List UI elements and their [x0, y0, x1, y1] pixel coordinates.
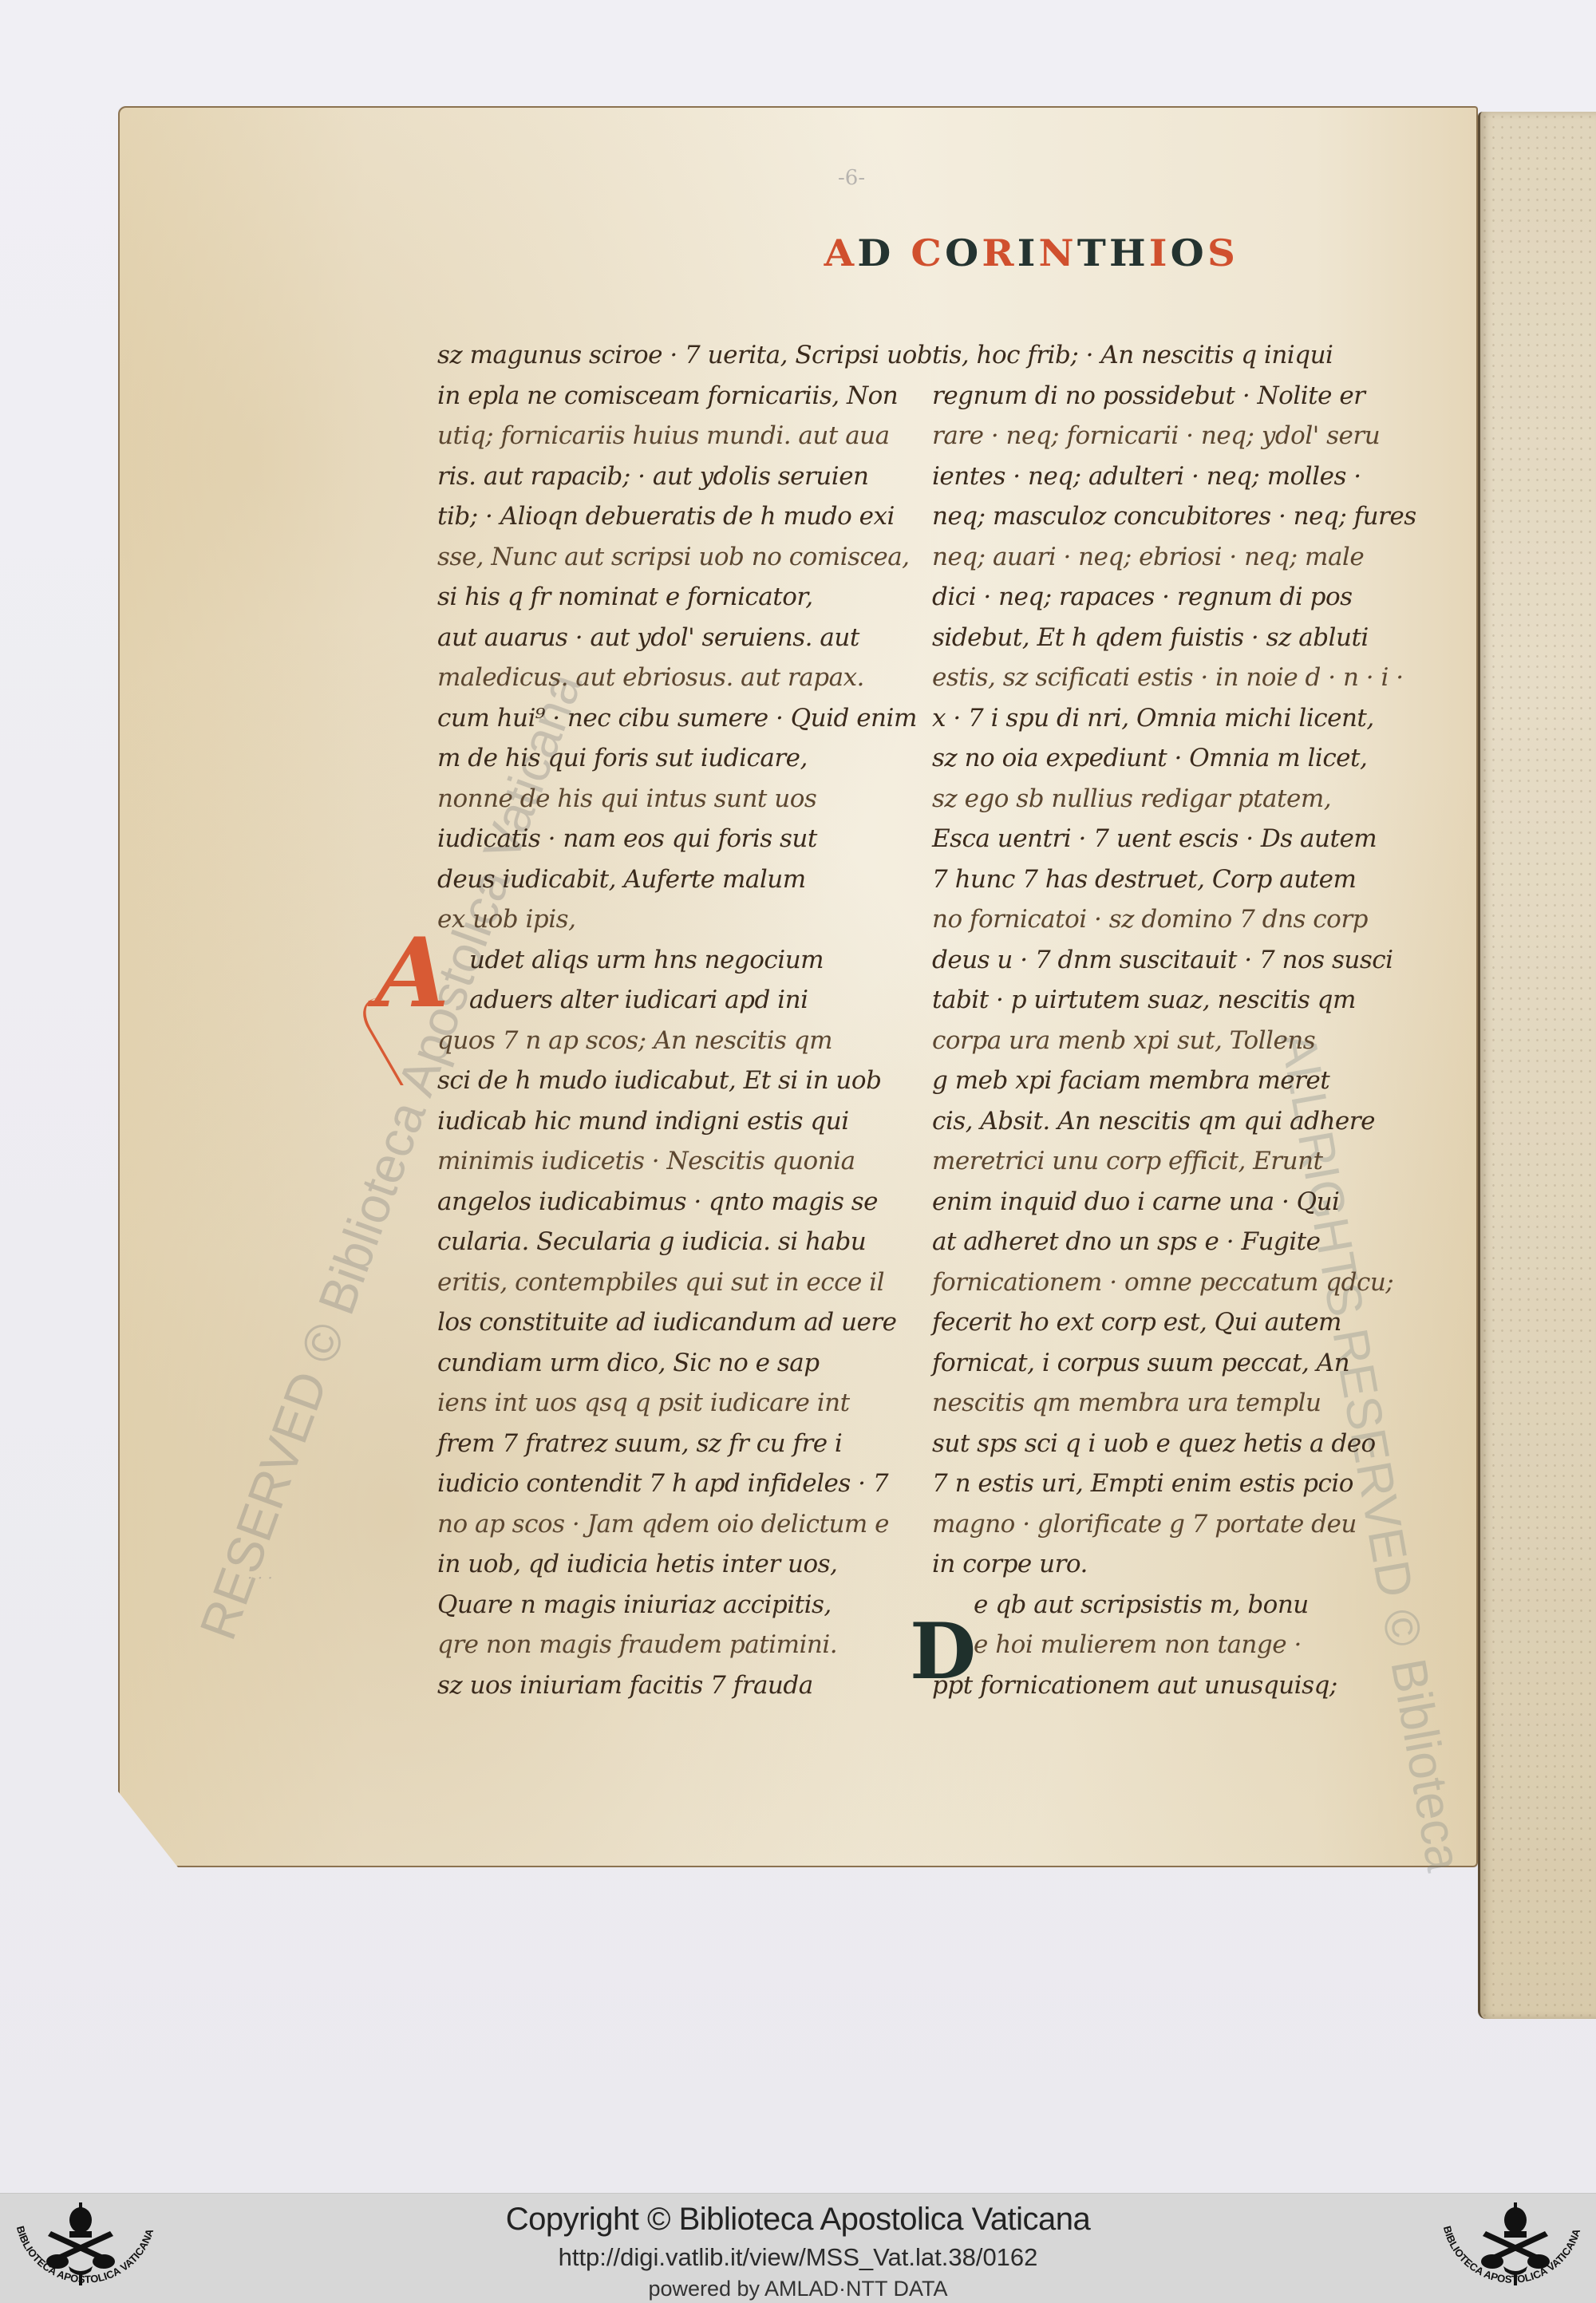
- manuscript-line: frem 7 fratrez suum, sz fr cu fre i: [437, 1424, 884, 1464]
- running-title-letter: O: [945, 231, 982, 275]
- running-title-letter: [894, 231, 911, 275]
- manuscript-line: no ap scos · Jam qdem oio delictum e: [437, 1504, 884, 1545]
- manuscript-line: corpa ura menb xpi sut, Tollens: [932, 1021, 1379, 1061]
- manuscript-line: dici · neq; rapaces · regnum di pos: [932, 577, 1379, 618]
- manuscript-line: Esca uentri · 7 uent escis · Ds autem: [932, 819, 1379, 859]
- manuscript-line: aduers alter iudicari apd ini: [437, 980, 884, 1021]
- manuscript-line: Quare n magis iniuriaz accipitis,: [437, 1585, 884, 1626]
- manuscript-line: fornicationem · omne peccatum qdcu;: [932, 1262, 1379, 1303]
- manuscript-line: fornicat, i corpus suum peccat, An: [932, 1343, 1379, 1384]
- manuscript-line: cundiam urm dico, Sic no e sap: [437, 1343, 884, 1384]
- running-title-letter: R: [982, 231, 1017, 275]
- manuscript-line: at adheret dno un sps e · Fugite: [932, 1222, 1379, 1262]
- manuscript-line: iens int uos qsq q psit iudicare int: [437, 1383, 884, 1424]
- running-title-letter: O: [1171, 231, 1207, 275]
- manuscript-line: los constituite ad iudicandum ad uere: [437, 1302, 884, 1343]
- manuscript-line: angelos iudicabimus · qnto magis se: [437, 1182, 884, 1223]
- papal-coat-of-arms-icon: BIBLIOTECA APOSTOLICA VATICANA: [2, 2196, 169, 2303]
- manuscript-line: cularia. Secularia g iudicia. si habu: [437, 1222, 884, 1262]
- manuscript-line: maledicus. aut ebriosus. aut rapax.: [437, 658, 884, 698]
- scan-viewport: -6- · · · AD CORINTHIOS RESERVED © Bibli…: [0, 0, 1596, 2193]
- copyright-footer: Copyright © Biblioteca Apostolica Vatica…: [0, 2193, 1596, 2303]
- text-column-left: sz magunus sciroe · 7 uerita, Scripsi uo…: [437, 335, 884, 1705]
- manuscript-line: enim inquid duo i carne una · Qui: [932, 1182, 1379, 1223]
- manuscript-line: tabit · p uirtutem suaz, nescitis qm: [932, 980, 1379, 1021]
- powered-by-text: powered by AMLAD·NTT DATA: [0, 2277, 1596, 2301]
- manuscript-line: sci de h mudo iudicabut, Et si in uob: [437, 1061, 884, 1101]
- manuscript-line: deus iudicabit, Auferte malum: [437, 859, 884, 900]
- manuscript-line: e qb aut scripsistis m, bonu: [932, 1585, 1379, 1626]
- permalink-url[interactable]: http://digi.vatlib.it/view/MSS_Vat.lat.3…: [0, 2243, 1596, 2272]
- manuscript-line: in epla ne comiscea⁠m fornicariis, Non: [437, 376, 884, 417]
- library-logo-left: BIBLIOTECA APOSTOLICA VATICANA: [2, 2196, 169, 2303]
- manuscript-line: tis, hoc frib; · An nescitis q iniqui: [932, 335, 1379, 376]
- manuscript-line: si his q fr nominat e fornicator,: [437, 577, 884, 618]
- running-title-letter: C: [911, 231, 945, 275]
- text-column-right: tis, hoc frib; · An nescitis q iniquireg…: [932, 335, 1379, 1705]
- running-title-letter: D: [857, 231, 894, 275]
- manuscript-line: qre non magis fraudem patimini.: [437, 1625, 884, 1665]
- manuscript-line: in corpe uro.: [932, 1544, 1379, 1585]
- manuscript-line: fecerit ho ext corp est, Qui autem: [932, 1302, 1379, 1343]
- manuscript-line: ris. aut rapacib; · aut ydolis seruien: [437, 456, 884, 497]
- manuscript-line: no fornicatoi · sz domino 7 dns corp: [932, 899, 1379, 940]
- manuscript-line: neq; auari · neq; ebriosi · neq; male: [932, 537, 1379, 578]
- manuscript-line: sz uos iniuriam facitis 7 frauda: [437, 1665, 884, 1706]
- copyright-text: Copyright © Biblioteca Apostolica Vatica…: [0, 2202, 1596, 2238]
- manuscript-line: in uob, qd iudicia hetis inter uos,: [437, 1544, 884, 1585]
- running-title: AD CORINTHIOS: [824, 231, 1238, 275]
- manuscript-line: ientes · neq; adulteri · neq; molles ·: [932, 456, 1379, 497]
- manuscript-line: rare · neq; fornicarii · neq; ydol' seru: [932, 416, 1379, 456]
- folio-top-mark: -6-: [838, 166, 865, 190]
- manuscript-line: 7 n estis uri, Empti enim estis pcio: [932, 1464, 1379, 1504]
- manuscript-line: ex uob ipis,: [437, 899, 884, 940]
- manuscript-line: e hoi mulierem non tange ·: [932, 1625, 1379, 1665]
- facing-page-edge: [1478, 112, 1596, 2019]
- manuscript-line: g meb xpi faciam membra meret: [932, 1061, 1379, 1101]
- manuscript-line: utiq; fornicariis huius mundi. aut aua: [437, 416, 884, 456]
- papal-coat-of-arms-icon: BIBLIOTECA APOSTOLICA VATICANA: [1428, 2196, 1596, 2303]
- manuscript-line: aut auarus · aut ydol' seruiens. aut: [437, 618, 884, 658]
- manuscript-line: sz no oia expediunt · Omnia m licet,: [932, 738, 1379, 779]
- manuscript-line: eritis, contempbiles qui sut in ecce il: [437, 1262, 884, 1303]
- running-title-letter: N: [1039, 231, 1077, 275]
- running-title-letter: S: [1207, 231, 1238, 275]
- manuscript-line: iudicab hic mund indigni estis qui: [437, 1101, 884, 1142]
- manuscript-line: sut sps sci q i uob e quez hetis a deo: [932, 1424, 1379, 1464]
- manuscript-line: sidebut, Et h qdem fuistis · sz abluti: [932, 618, 1379, 658]
- running-title-letter: I: [1149, 231, 1171, 275]
- manuscript-line: minimis iudicetis · Nescitis quonia: [437, 1141, 884, 1182]
- manuscript-line: neq; masculoz concubitores · neq; fures: [932, 496, 1379, 537]
- manuscript-line: ppt fornicationem aut unusquisq;: [932, 1665, 1379, 1706]
- running-title-letter: TH: [1077, 231, 1149, 275]
- manuscript-line: iudicatis · nam eos qui foris sut: [437, 819, 884, 859]
- manuscript-line: tib; · Alioqn debueratis de h mudo exi: [437, 496, 884, 537]
- manuscript-line: cis, Absit. An nescitis qm qui adhere: [932, 1101, 1379, 1142]
- manuscript-line: sse, Nunc aut scripsi uob no comiscea,: [437, 537, 884, 578]
- manuscript-line: udet aliqs urm hns negocium: [437, 940, 884, 981]
- manuscript-line: 7 hunc 7 has destruet, Corp autem: [932, 859, 1379, 900]
- manuscript-line: sz ego sb nullius redigar ptatem,: [932, 779, 1379, 820]
- manuscript-line: magno · glorificate g 7 portate deu: [932, 1504, 1379, 1545]
- manuscript-line: meretrici unu corp efficit, Erunt: [932, 1141, 1379, 1182]
- manuscript-line: iudicio contendit 7 h apd infideles · 7: [437, 1464, 884, 1504]
- manuscript-line: m de his qui foris sut iudicare,: [437, 738, 884, 779]
- running-title-letter: I: [1017, 231, 1039, 275]
- manuscript-line: cum hui⁹ · nec cibu sumere · Quid enim: [437, 698, 884, 739]
- manuscript-line: deus u · 7 dnm suscitauit · 7 nos susci: [932, 940, 1379, 981]
- running-title-letter: A: [824, 231, 858, 275]
- manuscript-line: sz magunus sciroe · 7 uerita, Scripsi uo…: [437, 335, 884, 376]
- manuscript-line: nescitis qm membra ura templu: [932, 1383, 1379, 1424]
- manuscript-line: nonne de his qui intus sunt uos: [437, 779, 884, 820]
- manuscript-line: x · 7 i spu di nri, Omnia michi licent,: [932, 698, 1379, 739]
- manuscript-line: regnum di no possidebut · Nolite er: [932, 376, 1379, 417]
- library-logo-right: BIBLIOTECA APOSTOLICA VATICANA: [1428, 2196, 1596, 2303]
- manuscript-line: quos 7 n ap scos; An nescitis qm: [437, 1021, 884, 1061]
- manuscript-line: estis, sz scificati estis · in noie d · …: [932, 658, 1379, 698]
